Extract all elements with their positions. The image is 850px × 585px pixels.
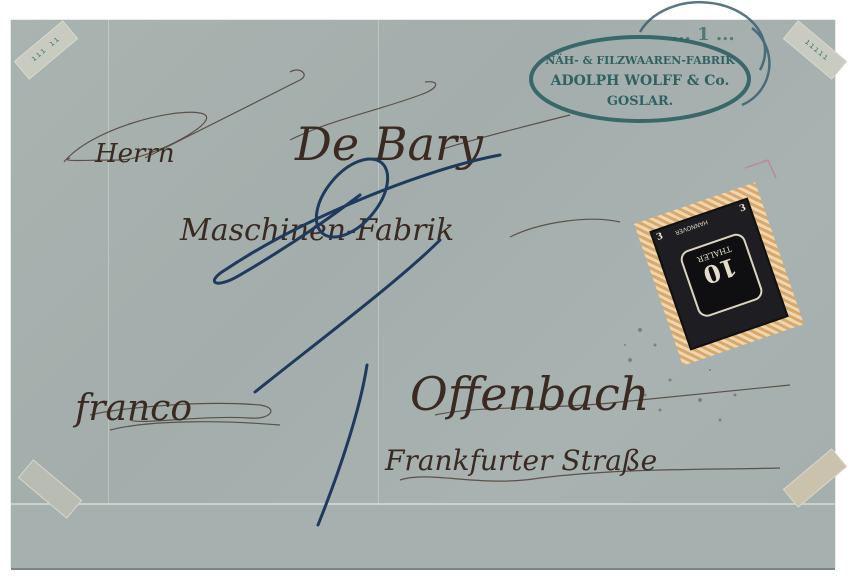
handstamp-line-3: GOSLAR. (607, 94, 673, 109)
address-name: De Bary (294, 117, 484, 171)
address-salutation: Herrn (94, 139, 175, 169)
red-pencil-mark (745, 160, 776, 178)
address-street: Frankfurter Straße (384, 444, 657, 477)
postage-stamp-design: 3 3 HANNOVER THALER 10 (649, 198, 788, 351)
stamp-shield: THALER 10 (678, 231, 765, 319)
stamp-country-text: HANNOVER (674, 218, 709, 236)
franco-endorsement: franco (72, 388, 192, 429)
address-city: Offenbach (410, 367, 649, 421)
stamp-corner-numeral: 3 (655, 231, 664, 242)
stamp-corner-numeral: 3 (738, 203, 747, 214)
handstamp-line-2: ADOLPH WOLFF & Co. (550, 73, 730, 89)
handstamp-line-1: NÄH- & FILZWAAREN-FABRIK (545, 53, 735, 67)
oval-handstamp: NÄH- & FILZWAAREN-FABRIK ADOLPH WOLFF & … (531, 37, 749, 121)
